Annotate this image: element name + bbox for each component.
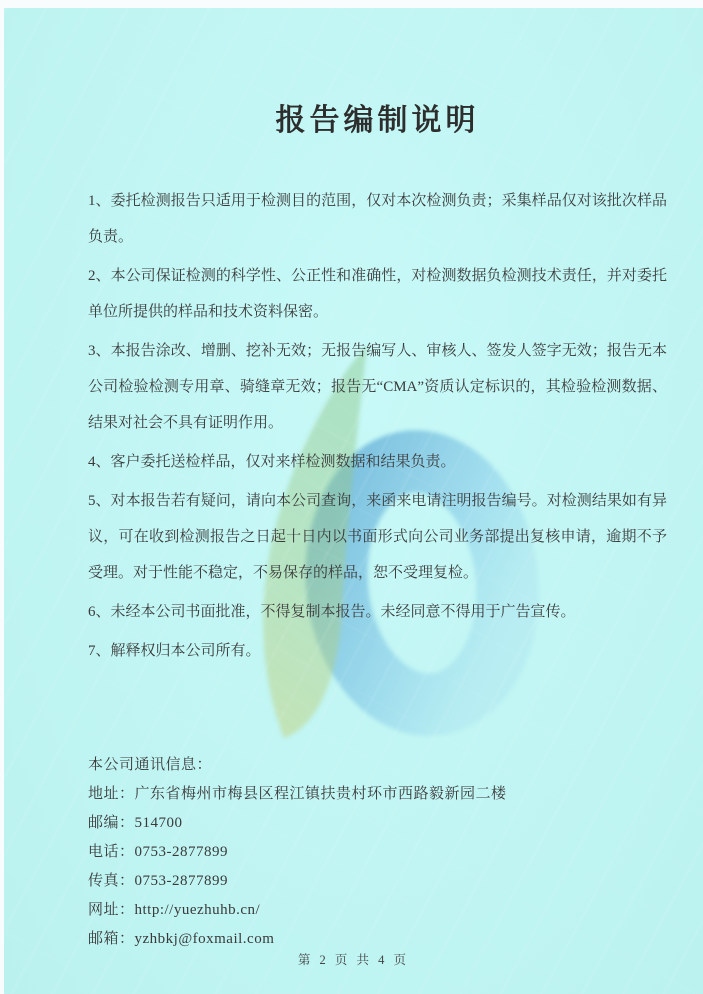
- contact-line-phone: 电话：0753-2877899: [88, 838, 667, 867]
- contact-line-fax: 传真：0753-2877899: [88, 867, 667, 896]
- contact-line-postcode: 邮编：514700: [88, 809, 667, 838]
- report-page: 报告编制说明 1、委托检测报告只适用于检测目的范围，仅对本次检测负责；采集样品仅…: [4, 8, 703, 994]
- page-number: 第 2 页 共 4 页: [4, 950, 703, 968]
- note-item-2: 2、本公司保证检测的科学性、公正性和准确性，对检测数据负检测技术责任，并对委托单…: [88, 258, 667, 330]
- contact-line-website: 网址：http://yuezhuhb.cn/: [88, 896, 667, 925]
- note-item-1: 1、委托检测报告只适用于检测目的范围，仅对本次检测负责；采集样品仅对该批次样品负…: [88, 183, 667, 255]
- note-item-7: 7、解释权归本公司所有。: [88, 633, 667, 669]
- note-item-6: 6、未经本公司书面批准，不得复制本报告。未经同意不得用于广告宣传。: [88, 594, 667, 630]
- contact-section: 本公司通讯信息： 地址：广东省梅州市梅县区程江镇扶贵村环市西路毅新园二楼 邮编：…: [88, 751, 667, 954]
- contact-line-address: 地址：广东省梅州市梅县区程江镇扶贵村环市西路毅新园二楼: [88, 780, 667, 809]
- note-item-3: 3、本报告涂改、增删、挖补无效；无报告编写人、审核人、签发人签字无效；报告无本公…: [88, 333, 667, 441]
- note-item-4: 4、客户委托送检样品，仅对来样检测数据和结果负责。: [88, 444, 667, 480]
- note-item-5: 5、对本报告若有疑问，请向本公司查询，来函来电请注明报告编号。对检测结果如有异议…: [88, 483, 667, 591]
- document-content: 报告编制说明 1、委托检测报告只适用于检测目的范围，仅对本次检测负责；采集样品仅…: [88, 8, 667, 954]
- contact-header: 本公司通讯信息：: [88, 751, 667, 780]
- notes-list: 1、委托检测报告只适用于检测目的范围，仅对本次检测负责；采集样品仅对该批次样品负…: [88, 183, 667, 669]
- page-title: 报告编制说明: [88, 95, 667, 139]
